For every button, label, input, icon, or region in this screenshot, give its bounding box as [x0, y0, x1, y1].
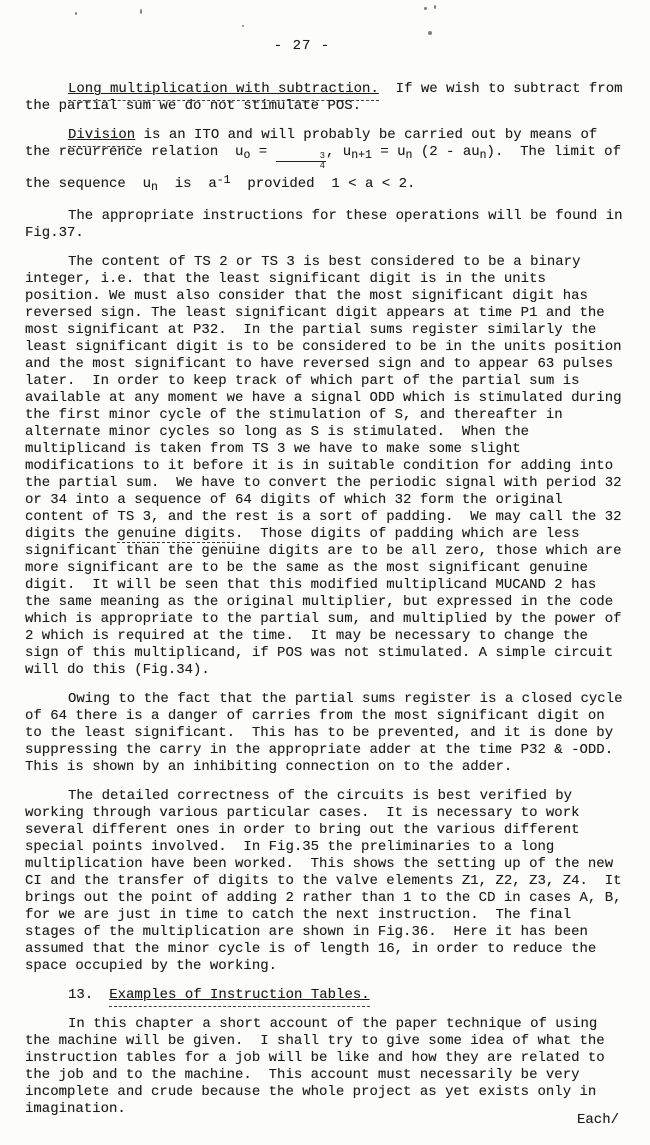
scan-speckle — [75, 12, 77, 15]
paragraph-text: In this chapter a short account of the p… — [25, 1016, 613, 1117]
formula-text: provided 1 < a < 2. — [231, 176, 416, 192]
section-number: 13. — [68, 987, 93, 1003]
superscript: -1 — [217, 174, 231, 187]
formula-text: = — [250, 144, 275, 160]
fraction-denominator: 4 — [276, 161, 326, 171]
paragraph-text: . Those digits of padding which are less… — [25, 526, 630, 678]
paragraph-long-multiplication: Long multiplication with subtraction. If… — [25, 81, 629, 115]
scan-speckle — [242, 25, 244, 27]
scan-speckle — [424, 7, 427, 10]
paragraph-chapter-intro: In this chapter a short account of the p… — [25, 1016, 629, 1118]
fraction-numerator: 3 — [277, 152, 325, 161]
paragraph-appropriate-instructions: The appropriate instructions for these o… — [25, 208, 629, 242]
paragraph-text: The content of TS 2 or TS 3 is best cons… — [25, 254, 630, 542]
formula-text: , u — [326, 144, 351, 160]
subscript: n — [480, 149, 487, 162]
paragraph-text: Owing to the fact that the partial sums … — [25, 691, 631, 775]
scan-speckle — [428, 31, 432, 35]
fraction-three-quarters: 34 — [276, 152, 326, 172]
section-title: Examples of Instruction Tables. — [109, 987, 369, 1007]
paragraph-text: The detailed correctness of the circuits… — [25, 788, 630, 974]
paragraph-text: The appropriate instructions for these o… — [25, 208, 631, 241]
formula-text: = u — [372, 144, 406, 160]
page-number: - 27 - — [274, 38, 330, 55]
subscript: n+1 — [351, 149, 372, 162]
paragraph-circuit-verification: The detailed correctness of the circuits… — [25, 788, 629, 975]
document-page: - 27 - Long multiplication with subtract… — [0, 0, 650, 1145]
paragraph-division: Division is an ITO and will probably be … — [25, 127, 629, 196]
formula-text: (2 - au — [412, 144, 479, 160]
scan-speckle — [140, 9, 142, 14]
formula-text: is a — [158, 176, 217, 192]
paragraph-carry-suppression: Owing to the fact that the partial sums … — [25, 691, 629, 776]
subscript: n — [151, 181, 158, 194]
section-heading: 13.Examples of Instruction Tables. — [25, 987, 629, 1004]
underlined-genuine-digits: genuine digits — [117, 526, 235, 543]
catchword: Each/ — [577, 1112, 619, 1129]
paragraph-ts-content: The content of TS 2 or TS 3 is best cons… — [25, 254, 629, 679]
scan-speckle — [434, 5, 436, 9]
